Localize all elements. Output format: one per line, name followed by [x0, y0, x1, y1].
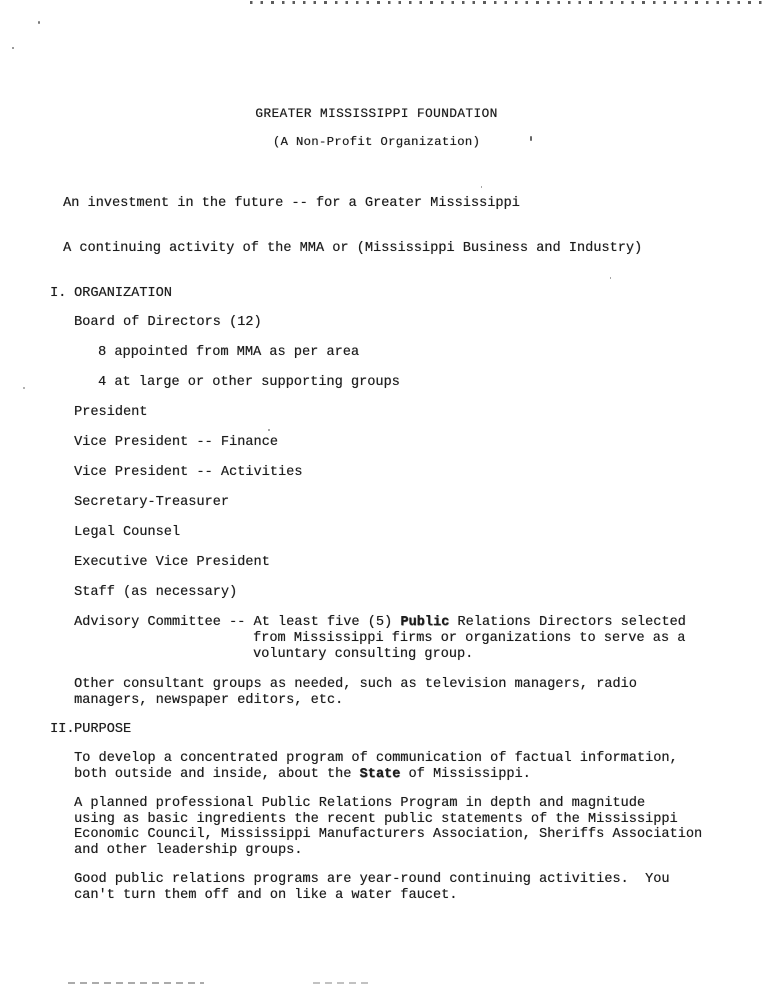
- item-president: President: [74, 405, 763, 421]
- section-title: ORGANIZATION: [74, 286, 172, 301]
- text-line: A planned professional Public Relations …: [74, 796, 763, 812]
- scan-speck: [530, 136, 532, 141]
- text-line: Staff (as necessary): [74, 585, 763, 601]
- scanned-document-page: GREATER MISSISSIPPI FOUNDATION (A Non-Pr…: [0, 0, 763, 988]
- item-advisory-committee: Advisory Committee -- At least five (5) …: [74, 615, 763, 663]
- document-title: GREATER MISSISSIPPI FOUNDATION: [0, 106, 758, 121]
- scan-speck: [12, 47, 14, 49]
- intro-line-1: An investment in the future -- for a Gre…: [63, 196, 763, 212]
- text-line: voluntary consulting group.: [74, 647, 763, 663]
- text-line: and other leadership groups.: [74, 843, 763, 859]
- scan-bottom-dashed-line: [313, 982, 369, 984]
- item-secretary-treasurer: Secretary-Treasurer: [74, 495, 763, 511]
- text-line: To develop a concentrated program of com…: [74, 751, 763, 767]
- text-line: Legal Counsel: [74, 525, 763, 541]
- item-vp-finance: Vice President -- Finance: [74, 435, 763, 451]
- item-board-of-directors: Board of Directors (12): [74, 315, 763, 331]
- intro-line-2: A continuing activity of the MMA or (Mis…: [63, 241, 763, 257]
- para-planned-program: A planned professional Public Relations …: [74, 796, 763, 858]
- item-executive-vp: Executive Vice President: [74, 555, 763, 571]
- scan-bottom-dashed-line: [68, 982, 204, 984]
- text-line: 4 at large or other supporting groups: [98, 375, 763, 391]
- document-header: GREATER MISSISSIPPI FOUNDATION (A Non-Pr…: [0, 106, 758, 150]
- text-line: An investment in the future -- for a Gre…: [63, 196, 763, 212]
- section-number: I.: [50, 286, 74, 301]
- para-year-round: Good public relations programs are year-…: [74, 872, 763, 903]
- text-line: Vice President -- Finance: [74, 435, 763, 451]
- text-line: Advisory Committee -- At least five (5) …: [74, 615, 763, 631]
- item-staff: Staff (as necessary): [74, 585, 763, 601]
- scan-speck: [38, 21, 40, 24]
- text-line: both outside and inside, about the State…: [74, 767, 763, 783]
- text-line: Other consultant groups as needed, such …: [74, 677, 763, 693]
- section-number: II.: [50, 722, 74, 737]
- subitem-appointed: 8 appointed from MMA as per area: [98, 345, 763, 361]
- para-other-consultants: Other consultant groups as needed, such …: [74, 677, 763, 708]
- para-develop-program: To develop a concentrated program of com…: [74, 751, 763, 782]
- text-line: can't turn them off and on like a water …: [74, 888, 763, 904]
- text-line: Board of Directors (12): [74, 315, 763, 331]
- text-line: Vice President -- Activities: [74, 465, 763, 481]
- document-blocks: An investment in the future -- for a Gre…: [0, 196, 763, 903]
- text-line: Secretary-Treasurer: [74, 495, 763, 511]
- text-line: Executive Vice President: [74, 555, 763, 571]
- text-line: from Mississippi firms or organizations …: [74, 631, 763, 647]
- scan-speck: [268, 429, 270, 431]
- text-line: using as basic ingredients the recent pu…: [74, 812, 763, 828]
- text-line: A continuing activity of the MMA or (Mis…: [63, 241, 763, 257]
- text-line: Economic Council, Mississippi Manufactur…: [74, 827, 763, 843]
- subitem-at-large: 4 at large or other supporting groups: [98, 375, 763, 391]
- scan-speck: [481, 186, 482, 188]
- scan-speck: [610, 277, 611, 279]
- document: GREATER MISSISSIPPI FOUNDATION (A Non-Pr…: [0, 0, 763, 988]
- section-purpose: II.PURPOSE: [50, 722, 763, 737]
- section-organization: I.ORGANIZATION: [50, 286, 763, 301]
- scan-speck: [23, 387, 25, 389]
- text-line: Good public relations programs are year-…: [74, 872, 763, 888]
- item-legal-counsel: Legal Counsel: [74, 525, 763, 541]
- item-vp-activities: Vice President -- Activities: [74, 465, 763, 481]
- document-subtitle: (A Non-Profit Organization): [0, 135, 758, 150]
- text-line: managers, newspaper editors, etc.: [74, 693, 763, 709]
- text-line: 8 appointed from MMA as per area: [98, 345, 763, 361]
- section-title: PURPOSE: [74, 722, 131, 737]
- text-line: President: [74, 405, 763, 421]
